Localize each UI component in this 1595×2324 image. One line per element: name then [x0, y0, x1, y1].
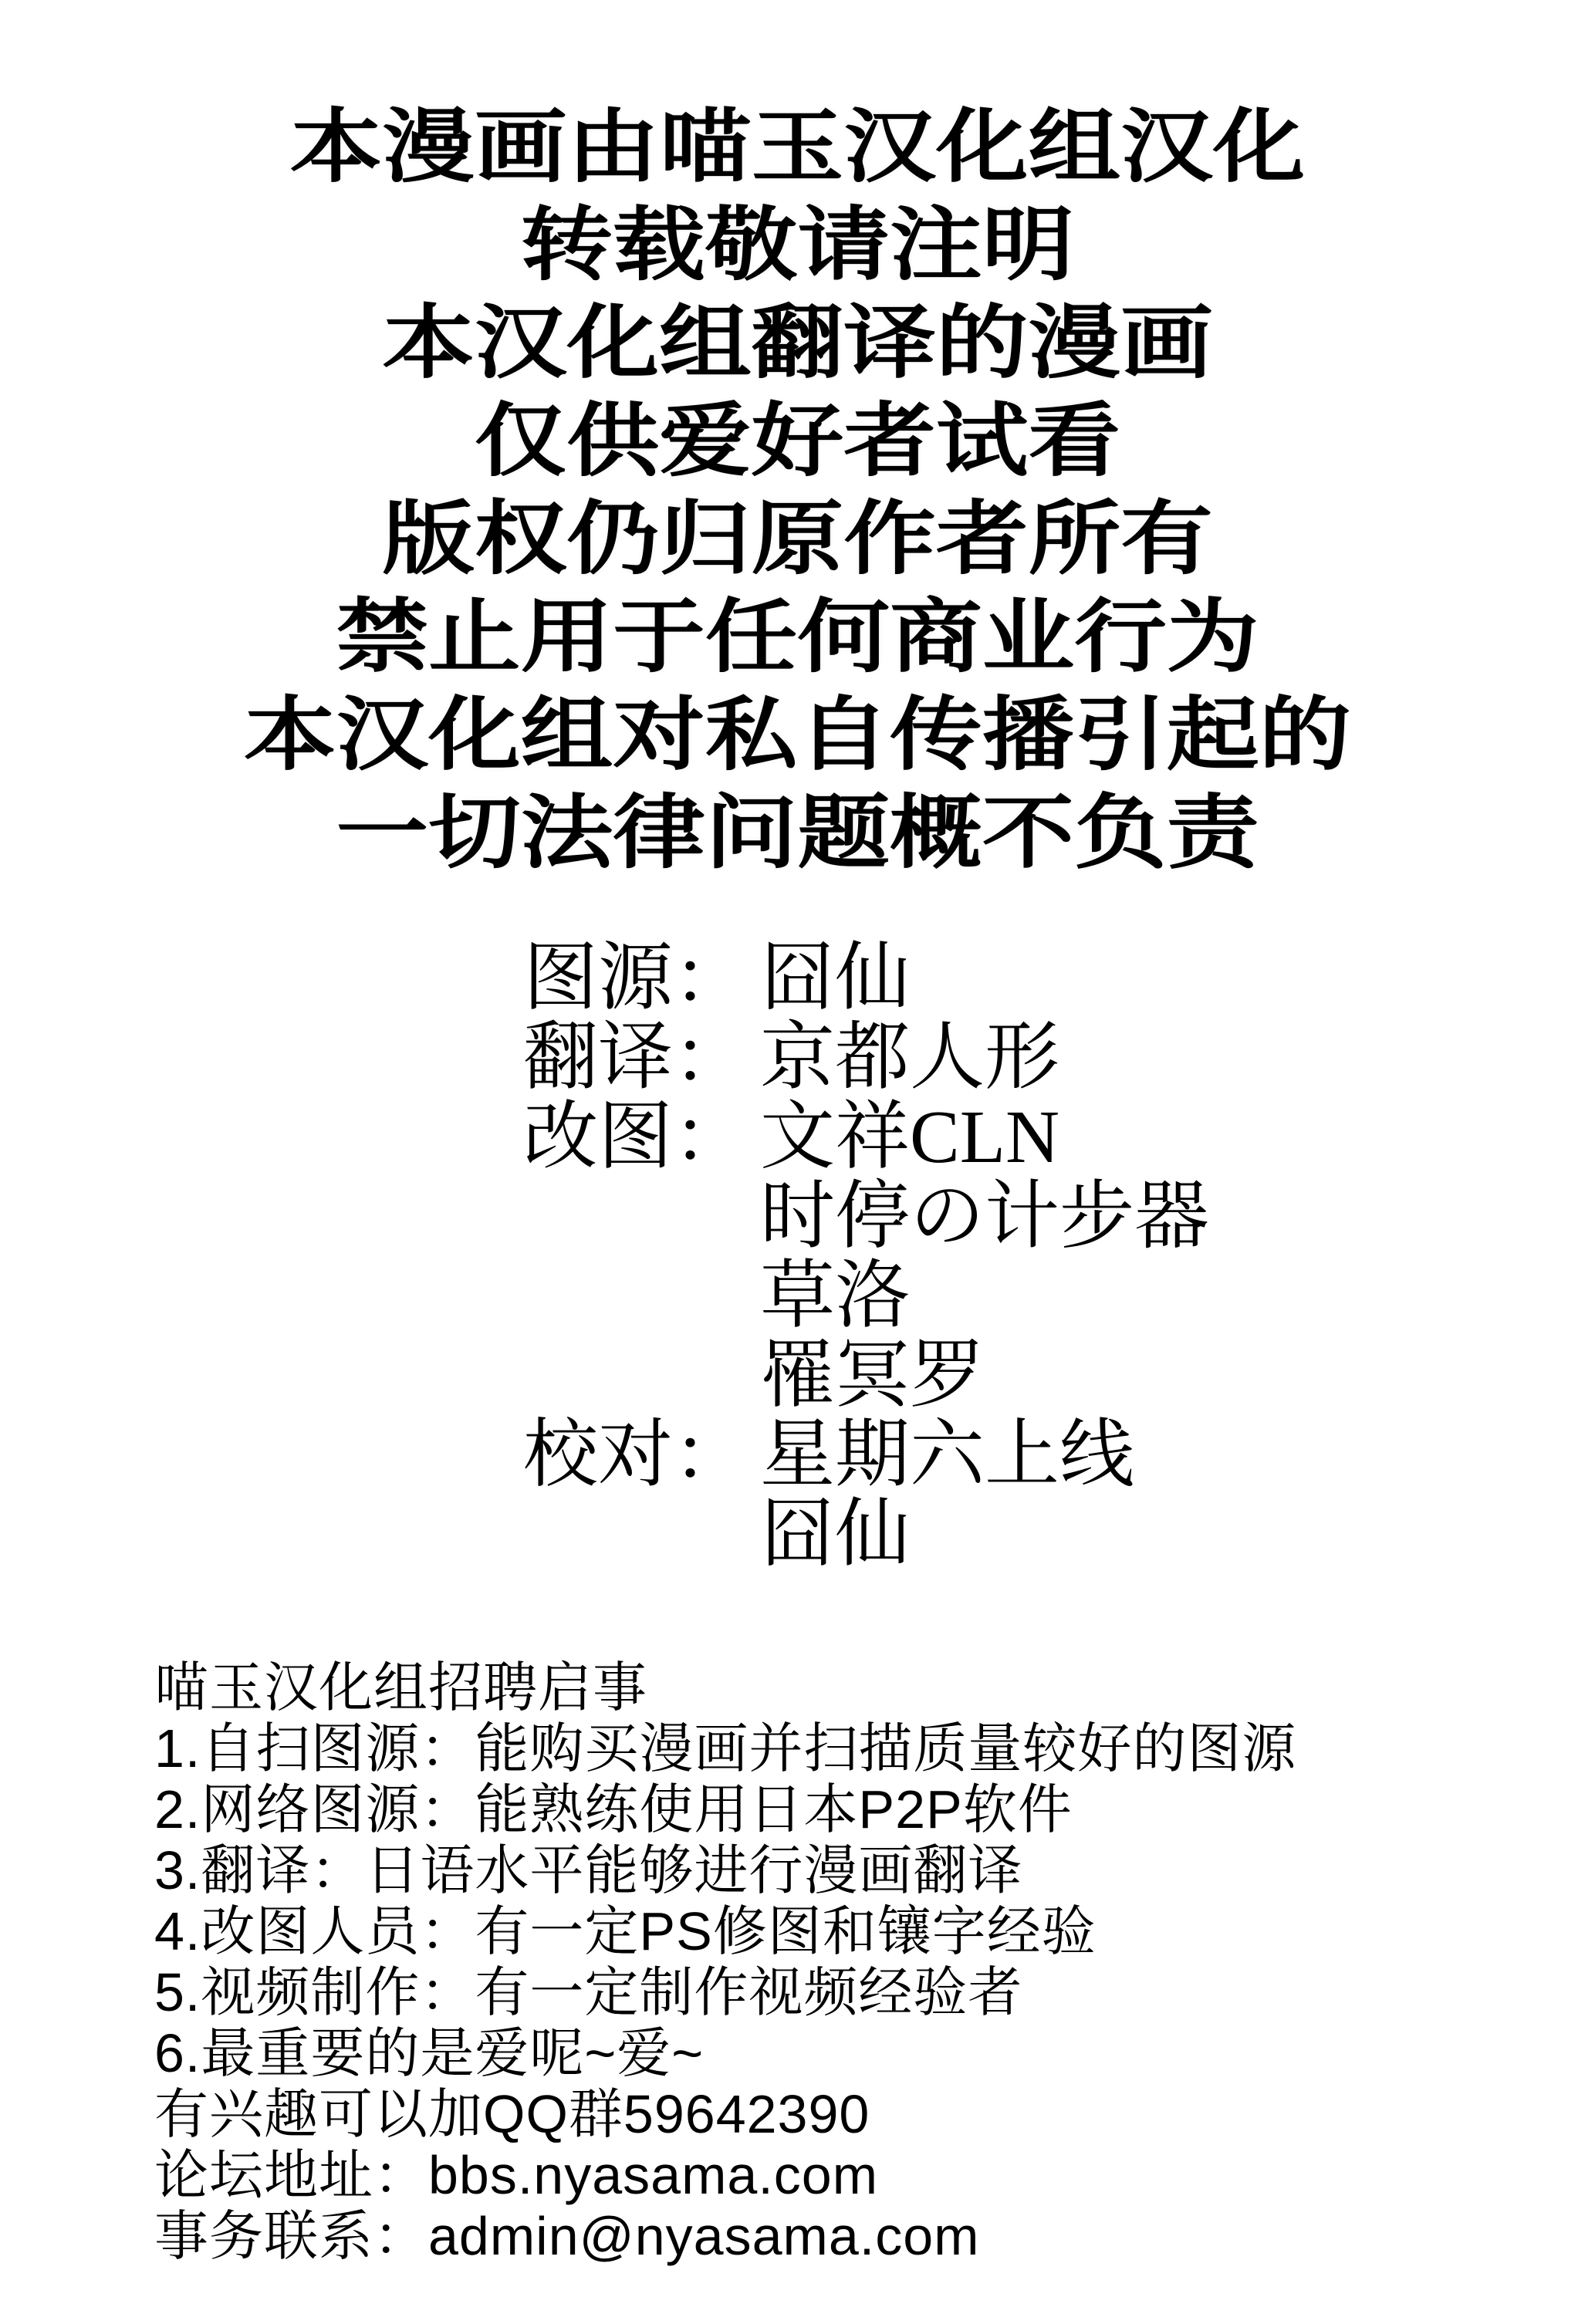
disclaimer-block: 本漫画由喵玉汉化组汉化 转载敬请注明 本汉化组翻译的漫画 仅供爱好者试看 版权仍…: [0, 0, 1595, 883]
credit-row-translation: 翻译： 京都人形: [523, 1018, 1595, 1097]
recruitment-qq-group: 有兴趣可以加QQ群59642390: [154, 2084, 1595, 2145]
credit-name: 文祥CLN: [760, 1097, 1059, 1177]
credit-name: 京都人形: [760, 1018, 1059, 1097]
disclaimer-line-7: 本汉化组对私自传播引起的: [0, 687, 1595, 785]
recruitment-item-3: 3.翻译：日语水平能够进行漫画翻译: [154, 1840, 1595, 1901]
credit-row-editing-4: 罹冥罗: [523, 1336, 1595, 1415]
recruitment-item-5: 5.视频制作：有一定制作视频经验者: [154, 1962, 1595, 2023]
credit-name: 囧仙: [760, 938, 910, 1018]
credit-name: 罹冥罗: [760, 1336, 985, 1415]
credit-row-proofreading-2: 囧仙: [523, 1495, 1595, 1574]
credit-row-editing-2: 时停の计步器: [523, 1177, 1595, 1256]
recruitment-item-2: 2.网络图源：能熟练使用日本P2P软件: [154, 1779, 1595, 1840]
credit-row-editing-3: 草洛: [523, 1256, 1595, 1336]
credit-name: 囧仙: [760, 1495, 910, 1574]
credit-row-editing: 改图： 文祥CLN: [523, 1097, 1595, 1177]
credit-name: 草洛: [760, 1256, 910, 1336]
credit-row-scan: 图源： 囧仙: [523, 938, 1595, 1018]
recruitment-item-1: 1.自扫图源：能购买漫画并扫描质量较好的图源: [154, 1718, 1595, 1779]
credit-row-proofreading: 校对： 星期六上线: [523, 1415, 1595, 1495]
credits-block: 图源： 囧仙 翻译： 京都人形 改图： 文祥CLN 时停の计步器 草洛 罹冥罗 …: [523, 938, 1595, 1574]
credit-name: 星期六上线: [760, 1415, 1134, 1495]
credit-role-label: 校对：: [523, 1415, 760, 1495]
recruitment-item-4: 4.改图人员：有一定PS修图和镶字经验: [154, 1901, 1595, 1962]
recruitment-forum-url: 论坛地址：bbs.nyasama.com: [154, 2145, 1595, 2206]
credit-role-label: 翻译：: [523, 1018, 760, 1097]
disclaimer-line-5: 版权仍归原作者所有: [0, 491, 1595, 589]
disclaimer-line-6: 禁止用于任何商业行为: [0, 589, 1595, 687]
credit-name: 时停の计步器: [760, 1177, 1209, 1256]
credit-role-label: 图源：: [523, 938, 760, 1018]
recruitment-title: 喵玉汉化组招聘启事: [154, 1657, 1595, 1718]
scanlation-credits-page: 本漫画由喵玉汉化组汉化 转载敬请注明 本汉化组翻译的漫画 仅供爱好者试看 版权仍…: [0, 0, 1595, 2324]
credit-role-label: 改图：: [523, 1097, 760, 1177]
disclaimer-line-2: 转载敬请注明: [0, 197, 1595, 295]
disclaimer-line-8: 一切法律问题概不负责: [0, 785, 1595, 883]
disclaimer-line-1: 本漫画由喵玉汉化组汉化: [0, 99, 1595, 197]
disclaimer-line-4: 仅供爱好者试看: [0, 393, 1595, 491]
recruitment-block: 喵玉汉化组招聘启事 1.自扫图源：能购买漫画并扫描质量较好的图源 2.网络图源：…: [154, 1657, 1595, 2267]
disclaimer-line-3: 本汉化组翻译的漫画: [0, 295, 1595, 393]
recruitment-item-6: 6.最重要的是爱呢~爱~: [154, 2023, 1595, 2084]
recruitment-contact-email: 事务联系：admin@nyasama.com: [154, 2206, 1595, 2267]
